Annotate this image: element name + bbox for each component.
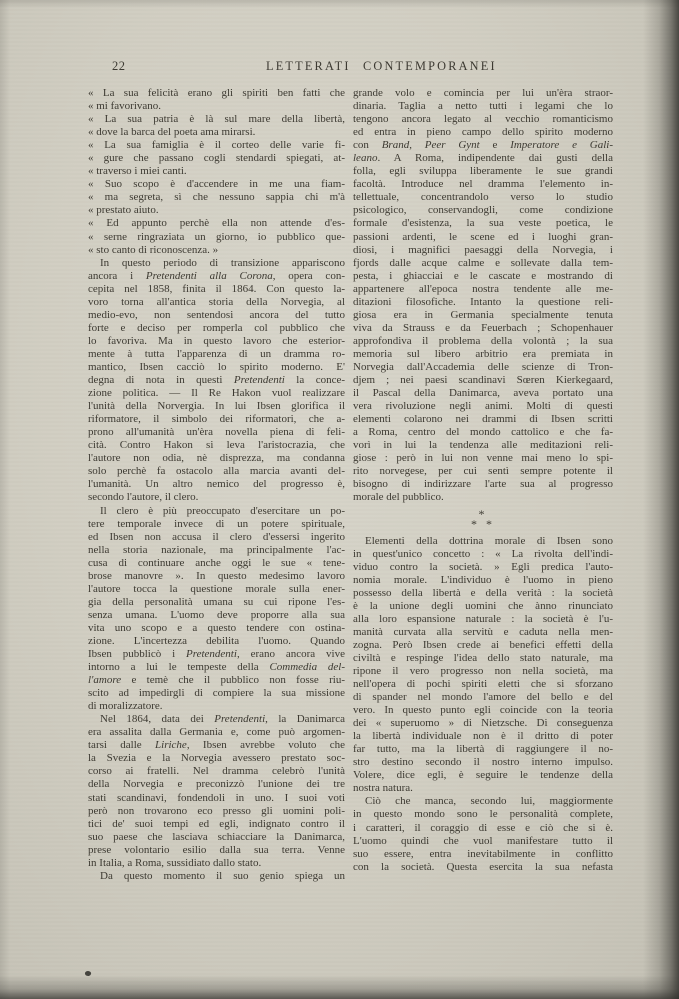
text-column-left: « La sua felicità erano gli spiriti ben … (88, 87, 345, 883)
text-line: giosa era in Germania specialmente tenut… (353, 309, 613, 322)
text-line: zione politica. — Il Re Hakon vuol reali… (88, 387, 345, 400)
text-column-right: grande volo e comincia per lui un'èra st… (353, 87, 613, 874)
text-line: a Roma, centro del mondo cattolico e che… (353, 426, 613, 439)
text-line: cusa di continuare anche oggi le sue « t… (88, 557, 345, 570)
ink-speck (84, 970, 91, 977)
text-line: « dove la barca del poeta ama mirarsi. (88, 126, 345, 139)
text-line: « sto canto di riconoscenza. » (88, 244, 345, 257)
text-line: nella storia nazionale, ma principalment… (88, 544, 345, 557)
text-line: mantico, Ibsen cacciò lo spirito moderno… (88, 361, 345, 374)
text-line: stro destino secondo il nostro interno i… (353, 756, 613, 769)
text-line: cepita nel 1858, finita il 1864. Con que… (88, 283, 345, 296)
text-line: cità. Contro Hakon si leva l'aristocrazi… (88, 439, 345, 452)
text-line: « Suo scopo è d'accendere in me una fiam… (88, 178, 345, 191)
text-line: Norvegia dall'Accademia delle scienze di… (353, 361, 613, 374)
text-line: ed Ibsen non accusa il clero d'essersi i… (88, 531, 345, 544)
page-edge-shadow-left (0, 0, 10, 999)
text-line: forte e deciso per romperla col pubblico… (88, 322, 345, 335)
text-line: di moralizzatore. (88, 700, 345, 713)
text-line: il Pascal della Danimarca, aveva portato… (353, 387, 613, 400)
text-line: in Italia, a Roma, sussidiato dallo stat… (88, 857, 345, 870)
text-line: leano. A Roma, indipendente dai gusti de… (353, 152, 613, 165)
text-line: corso ai fratelli. Nel dramma celebrò l'… (88, 765, 345, 778)
running-header-title: LETTERATI CONTEMPORANEI (266, 59, 497, 74)
text-line: viduo contro la società. » Egli predica … (353, 561, 613, 574)
text-line: prono all'umanità un'èra novella piena d… (88, 426, 345, 439)
page-number: 22 (112, 59, 126, 74)
text-line: secondo l'autore, il clero. (88, 491, 345, 504)
text-line: elementi colarono nei drammi di Ibsen sc… (353, 413, 613, 426)
text-line: lo favoriva. Ma in questo lavoro che est… (88, 335, 345, 348)
text-line: dinaria. Taglia a netto tutti i legami c… (353, 100, 613, 113)
text-line: fjords dalle acque calme e sollevate dal… (353, 257, 613, 270)
text-line: la Svezia e la Norvegia avessero prestat… (88, 752, 345, 765)
text-line: L'uomo quindi che vuol manifestare tutto… (353, 835, 613, 848)
text-line: grande volo e comincia per lui un'èra st… (353, 87, 613, 100)
text-line: di spander nel mondo l'amore del bello e… (353, 691, 613, 704)
text-line: « serne ringraziata un giorno, io pubbli… (88, 231, 345, 244)
text-line: « traverso i miei canti. (88, 165, 345, 178)
text-line: stati scandinavi, fondendoli in uno. I s… (88, 792, 345, 805)
text-line: l'umanità. Un altro nemico del progresso… (88, 478, 345, 491)
text-line: riformatore, il simbolo dei riformatori,… (88, 413, 345, 426)
text-line: « gure che passano cogli stendardi spieg… (88, 152, 345, 165)
text-line: folla, egli sviluppa liberamente le sue … (353, 165, 613, 178)
text-line: medio-evo, non sentendosi ancora del tut… (88, 309, 345, 322)
text-line: ditazioni filosofiche. Intanto la questi… (353, 296, 613, 309)
text-line: ed entra in pieno campo dello spirito mo… (353, 126, 613, 139)
text-line: « mi favorivano. (88, 100, 345, 113)
text-line: « La sua patria è là sul mare della libe… (88, 113, 345, 126)
text-line: vero. In questo punto egli coincide con … (353, 704, 613, 717)
text-line: facoltà. Introduce nel dramma l'elemento… (353, 178, 613, 191)
text-line: zione. L'incertezza debilita l'uomo. Qua… (88, 635, 345, 648)
text-line: giose : però in lui non venne mai meno l… (353, 452, 613, 465)
text-line: i caratteri, il coraggio di esse e ciò c… (353, 822, 613, 835)
text-line: manità curvata alla servitù e caduta nel… (353, 626, 613, 639)
text-line: diosi, i magnifici paesaggi della Norveg… (353, 244, 613, 257)
text-line: intorno a lui le tempeste della Commedia… (88, 661, 345, 674)
text-line: « ma segreta, sì che nessuno sappia chi … (88, 191, 345, 204)
text-line: voro torna all'antica storia della Norve… (88, 296, 345, 309)
text-line: vera rivoluzione negli animi. Molti di q… (353, 400, 613, 413)
text-line: suo essere, entra inevitabilmente in con… (353, 848, 613, 861)
text-line: ancora i Pretendenti alla Corona, opera … (88, 270, 345, 283)
text-line: Ciò che manca, secondo lui, maggiormente (353, 795, 613, 808)
text-line: con Brand, Peer Gynt e Imperatore e Gali… (353, 139, 613, 152)
text-line: approfondiva il problema della volontà ;… (353, 335, 613, 348)
text-line: suo paese che lasciava schiacciare la Da… (88, 831, 345, 844)
text-line: l'amore e temè che il pubblico non fosse… (88, 674, 345, 687)
text-line: vorì in lui la tendenza alle meditazioni… (353, 439, 613, 452)
text-line: tarsi dalle Liriche, Ibsen avrebbe volut… (88, 739, 345, 752)
page-edge-shadow-bottom (0, 975, 679, 999)
text-line: Da questo momento il suo genio spiega un (88, 870, 345, 883)
text-line: zogna. Però Ibsen crede ai benefici effe… (353, 639, 613, 652)
text-line: ripone il vero progresso non nella socie… (353, 665, 613, 678)
text-line: dei « superuomo » di Nietzsche. Di conse… (353, 717, 613, 730)
text-line: Ibsen pubblicò i Pretendenti, erano anco… (88, 648, 345, 661)
text-line: nell'opera di pochi spiriti eletti che s… (353, 678, 613, 691)
text-line: formale d'esistenza, la sua veste poetic… (353, 217, 613, 230)
scanned-book-page: 22 LETTERATI CONTEMPORANEI « La sua feli… (0, 0, 679, 999)
text-line: l'unità della Norvergia. In lui Ibsen gl… (88, 400, 345, 413)
text-line: tengono ancora legato al vecchio romanti… (353, 113, 613, 126)
text-line: solo perchè fa ostacolo alla marcia avan… (88, 465, 345, 478)
text-line: Il clero è più preoccupato d'esercitare … (88, 505, 345, 518)
text-line: pesta, i ghiacciai e le cascate e mostra… (353, 270, 613, 283)
text-line: era assalita dalla Germania e, come può … (88, 726, 345, 739)
text-line: in questo mondo sono le personalità comp… (353, 808, 613, 821)
text-line: passioni ardenti, le scene ed i luoghi g… (353, 231, 613, 244)
text-line: gia della personalità umana su cui ripon… (88, 596, 345, 609)
text-line: l'autore tocca la questione morale sulla… (88, 583, 345, 596)
text-line: « La sua famiglia è il corteo delle vari… (88, 139, 345, 152)
text-line: l'autore non odia, nè disprezza, ma cond… (88, 452, 345, 465)
text-line: « Ed appunto perchè ella non attende d'e… (88, 217, 345, 230)
text-line: « prestato aiuto. (88, 204, 345, 217)
text-line: è la unione degli uomini che ànno rinunc… (353, 600, 613, 613)
text-line: bisogno di indirizzare l'arte sua al pro… (353, 478, 613, 491)
text-line: In questo periodo di transizione apparis… (88, 257, 345, 270)
text-line: psicologico, conservandogli, come condiz… (353, 204, 613, 217)
text-line: rito norvegese, per cui sentì sempre pot… (353, 465, 613, 478)
text-line: vita uno scopo e a questo tendere con os… (88, 622, 345, 635)
text-line: scito ad impedirgli di compiere la sua m… (88, 687, 345, 700)
text-line: tici de' suoi tempi ed egli, indignato c… (88, 818, 345, 831)
text-line: Nel 1864, data dei Pretendenti, la Danim… (88, 713, 345, 726)
text-line: però non trovarono eco presso gli uomini… (88, 805, 345, 818)
text-line: djem ; nei paesi scandinavi Sœren Kierke… (353, 374, 613, 387)
text-line: in quest'unico concetto : « La rivolta d… (353, 548, 613, 561)
text-line: prese volontario esilio dalla sua terra.… (88, 844, 345, 857)
text-line: alla loro espansione naturale : la socie… (353, 613, 613, 626)
text-line: far tutto, ma la libertà di raggiungere … (353, 743, 613, 756)
text-line: nostra natura. (353, 782, 613, 795)
text-line: la libertà individuale non è il dritto d… (353, 730, 613, 743)
text-line: « La sua felicità erano gli spiriti ben … (88, 87, 345, 100)
text-line: nomia morale. L'individuo è l'uomo in pi… (353, 574, 613, 587)
text-line: civiltà e respinge l'idea dello stato na… (353, 652, 613, 665)
text-line: tellettuale, concentrandolo verso lo stu… (353, 191, 613, 204)
text-line: senza umana. L'uomo deve proporre alla s… (88, 609, 345, 622)
text-line: con la società. Questa esercita la sua n… (353, 861, 613, 874)
text-line: Elementi della dottrina morale di Ibsen … (353, 535, 613, 548)
text-line: morale del pubblico. (353, 491, 613, 504)
page-edge-shadow-top (0, 0, 679, 8)
text-line: degna di nota in questi Pretendenti la c… (88, 374, 345, 387)
text-line: possesso della libertà e della verità : … (353, 587, 613, 600)
book-gutter-shadow-right (643, 0, 679, 999)
asterism-divider: ** * (353, 505, 613, 535)
text-line: mente à tutta l'apparenza di un dramma r… (88, 348, 345, 361)
text-line: brose manovre ». In questo medesimo lavo… (88, 570, 345, 583)
text-line: memoria sul libero arbitrio era premiata… (353, 348, 613, 361)
text-line: Volere, dice egli, è seguire le tendenze… (353, 769, 613, 782)
text-line: viva da Strauss e da Feuerbach ; Schopen… (353, 322, 613, 335)
text-line: tere temporale invece di un potere spiri… (88, 518, 345, 531)
text-line: appartenere all'epoca nostra tendente al… (353, 283, 613, 296)
text-line: della Norvegia e preconizzò l'unione dei… (88, 778, 345, 791)
